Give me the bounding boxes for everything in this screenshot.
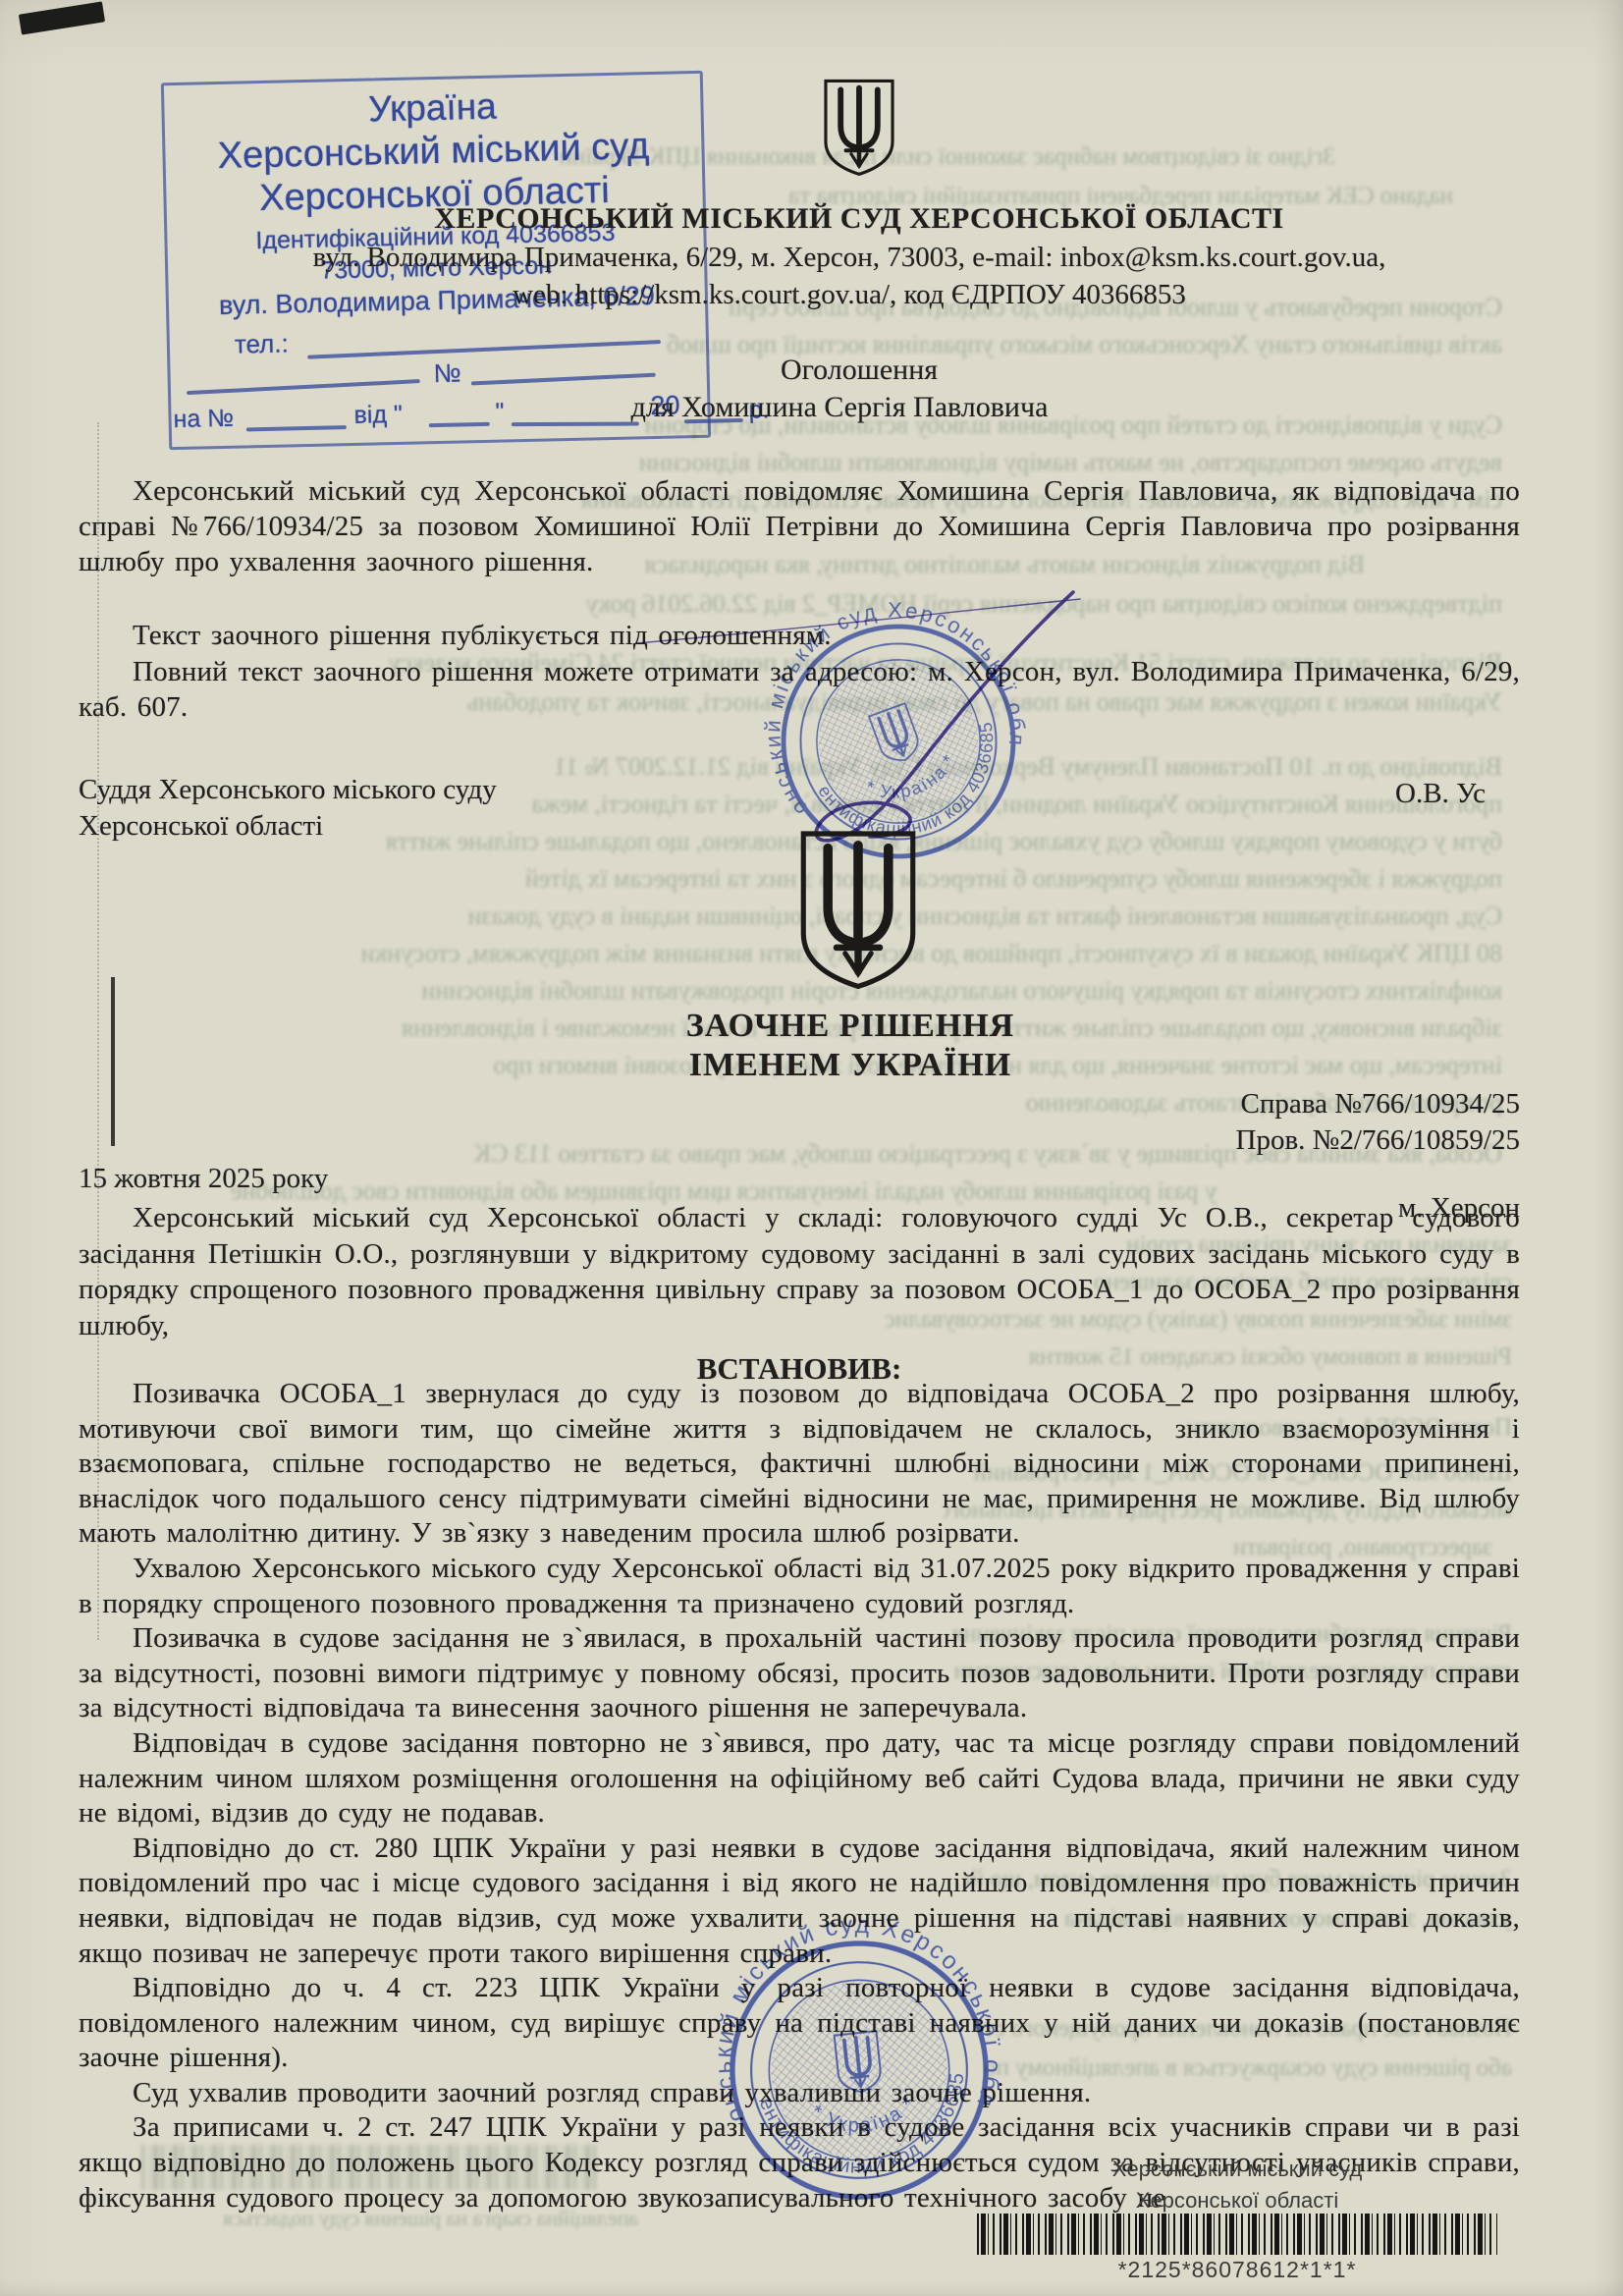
court-round-seal: Херсонський міський суд Херсонської обла… xyxy=(686,1897,1032,2243)
scanned-court-document: Згідно зі свідоцтвом набирає законної си… xyxy=(0,0,1623,2296)
proceedings-number: Пров. №2/766/10859/25 xyxy=(79,1124,1520,1157)
decision-date: 15 жовтня 2025 року xyxy=(79,1163,328,1195)
decision-title-line1: ЗАОЧНЕ РІШЕННЯ xyxy=(84,1008,1616,1045)
decision-paragraph: Ухвалою Херсонського міського суду Херсо… xyxy=(79,1552,1520,1621)
decision-intro: Херсонський міський суд Херсонської обла… xyxy=(79,1200,1520,1343)
decision-paragraph: Позивачка ОСОБА_1 звернулася до суду із … xyxy=(79,1377,1520,1552)
decision-title-line2: ІМЕНЕМ УКРАЇНИ xyxy=(84,1047,1616,1084)
coat-of-arms-icon xyxy=(793,825,923,994)
letterhead-address: вул. Володимира Примаченка, 6/29, м. Хер… xyxy=(93,242,1605,274)
announcement-title: Оголошення xyxy=(93,354,1623,387)
coat-of-arms-icon xyxy=(817,77,901,178)
decision-paragraph: Відповідач в судове засідання повторно н… xyxy=(79,1726,1520,1831)
case-number: Справа №766/10934/25 xyxy=(79,1088,1520,1121)
announcement-addressee: для Хомишина Сергія Павловича xyxy=(74,391,1605,424)
scan-corner-mark xyxy=(19,1,105,34)
decision-paragraph: Позивачка в судове засідання не з`явилас… xyxy=(79,1621,1520,1726)
footer-court-line1: Херсонський міський суд xyxy=(1021,2157,1453,2182)
document-barcode xyxy=(977,2214,1497,2255)
stamp-blank-line xyxy=(246,425,347,431)
barcode-text: *2125*86078612*1*1* xyxy=(977,2257,1497,2283)
letterhead-web: web: https://ksm.ks.court.gov.ua/, код Є… xyxy=(93,279,1605,311)
footer-court-line2: Херсонської області xyxy=(1021,2188,1453,2214)
judge-title-line2: Херсонської області xyxy=(79,810,323,843)
letterhead-court-name: ХЕРСОНСЬКИЙ МІСЬКИЙ СУД ХЕРСОНСЬКОЇ ОБЛА… xyxy=(93,202,1623,236)
